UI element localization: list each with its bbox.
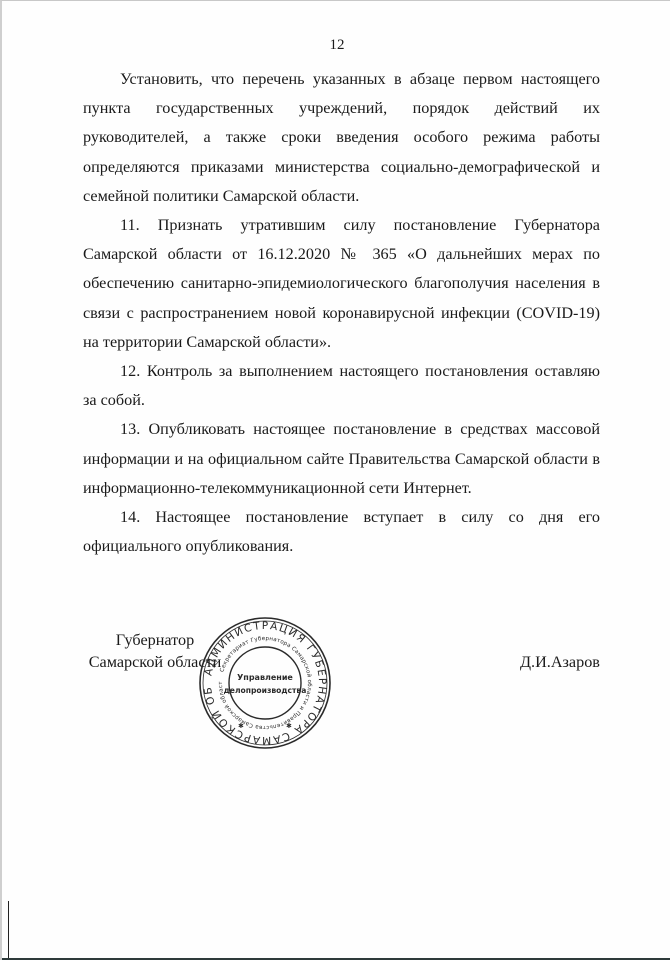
seal-center-line1: Управление	[237, 673, 293, 682]
document-body: Установить, что перечень указанных в абз…	[83, 65, 600, 561]
seal-star-icon: ✱	[238, 722, 244, 730]
paragraph-14: 14. Настоящее постановление вступает в с…	[83, 503, 600, 561]
official-seal-stamp: АДМИНИСТРАЦИЯ ГУБЕРНАТОРА САМАРСКОЙ ОБЛА…	[198, 616, 332, 750]
paragraph-12: 12. Контроль за выполнением настоящего п…	[83, 357, 600, 415]
document-page: 12 Установить, что перечень указанных в …	[0, 0, 670, 960]
seal-star-icon: ✱	[286, 722, 292, 730]
signatory-name: Д.И.Азаров	[520, 651, 600, 673]
seal-center-line2: делопроизводства	[224, 686, 307, 695]
scan-edge-line	[8, 901, 9, 960]
paragraph-13: 13. Опубликовать настоящее постановление…	[83, 415, 600, 503]
paragraph-order-clause: Установить, что перечень указанных в абз…	[83, 65, 600, 211]
seal-icon: АДМИНИСТРАЦИЯ ГУБЕРНАТОРА САМАРСКОЙ ОБЛА…	[198, 616, 332, 750]
paragraph-11: 11. Признать утратившим силу постановлен…	[83, 211, 600, 357]
page-number: 12	[2, 37, 670, 54]
